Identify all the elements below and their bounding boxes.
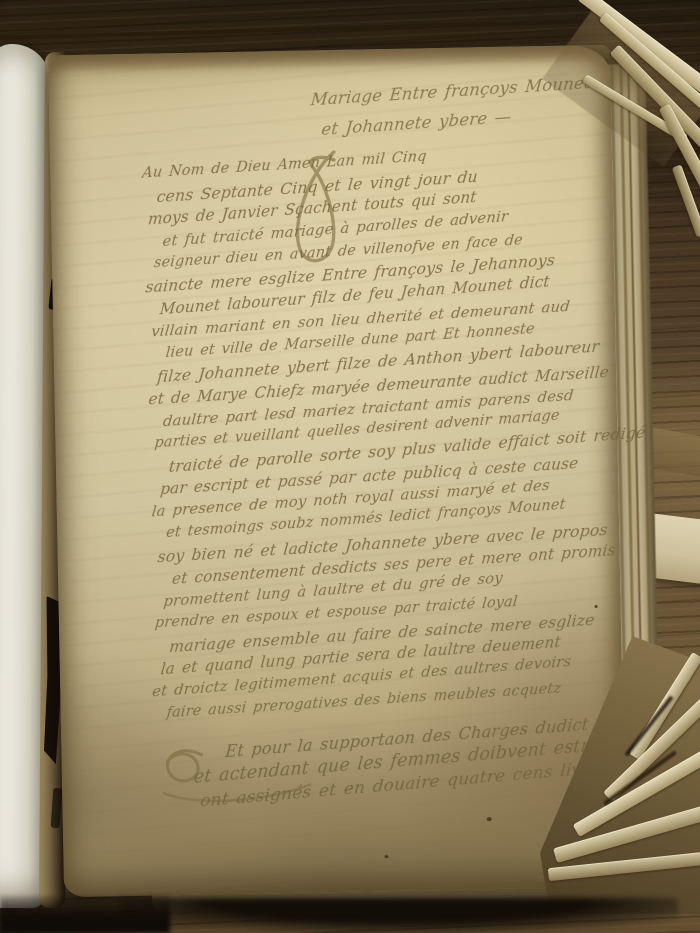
- book-bottom-shadow: [118, 898, 678, 933]
- handwritten-text: Mariage Entre françoys Mounet et Johanne…: [48, 45, 626, 898]
- manuscript-page: Mariage Entre françoys Mounet et Johanne…: [48, 45, 626, 898]
- heading-line-2: et Johannete ybere —: [321, 107, 513, 139]
- manuscript-photo: Mariage Entre françoys Mounet et Johanne…: [0, 0, 700, 933]
- left-bottom-shadow: [0, 896, 170, 933]
